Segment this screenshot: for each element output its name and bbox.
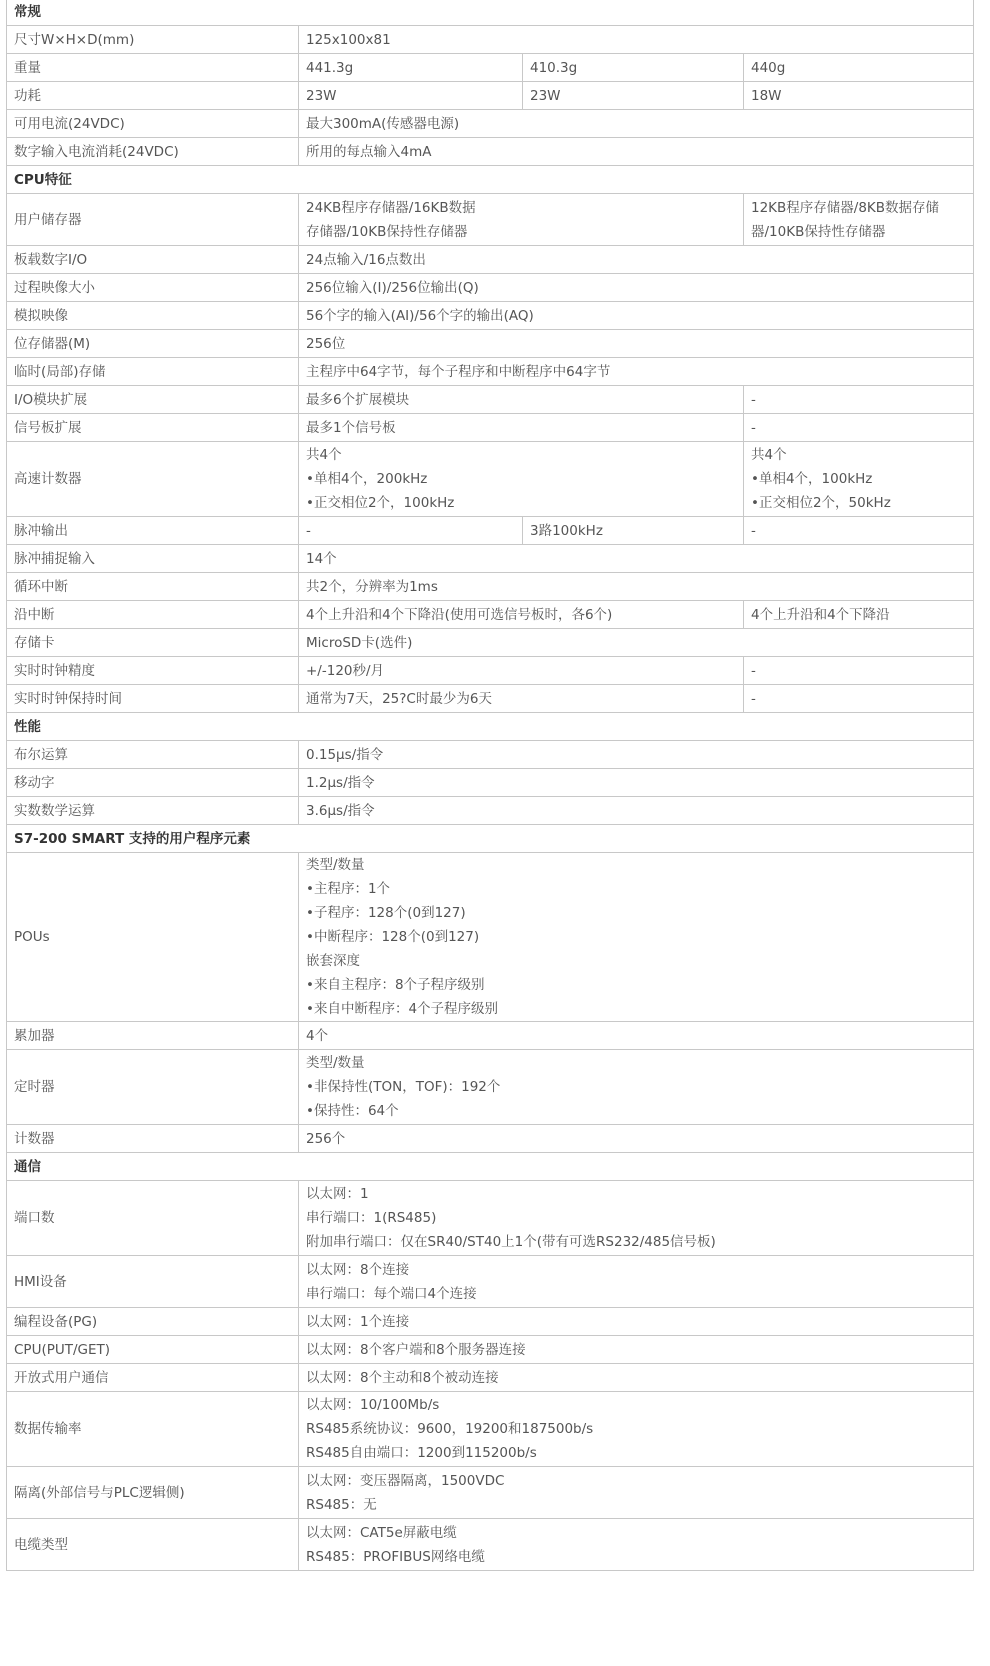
value-line: •正交相位2个，50kHz [751, 491, 973, 515]
row-label: 布尔运算 [7, 741, 299, 769]
value-line: - [751, 519, 973, 543]
row-value-cell: 4个上升沿和4个下降沿(使用可选信号板时，各6个) [299, 601, 744, 629]
value-line: - [751, 687, 973, 711]
value-line: 最多6个扩展模块 [306, 388, 743, 412]
table-row: 实时时钟保持时间通常为7天，25?C时最少为6天- [7, 685, 974, 713]
table-row: 移动字1.2μs/指令 [7, 769, 974, 797]
table-row: 开放式用户通信以太网：8个主动和8个被动连接 [7, 1364, 974, 1392]
value-line: 所用的每点输入4mA [306, 140, 973, 164]
row-value-cell: 441.3g [299, 54, 523, 82]
row-label: 编程设备(PG) [7, 1308, 299, 1336]
value-line: •中断程序：128个(0到127) [306, 925, 973, 949]
row-value-cell: MicroSD卡(选件) [299, 629, 974, 657]
row-label: 功耗 [7, 82, 299, 110]
table-row: 过程映像大小256位输入(I)/256位输出(Q) [7, 274, 974, 302]
table-row: 脉冲捕捉输入14个 [7, 545, 974, 573]
row-label: 沿中断 [7, 601, 299, 629]
table-row: 隔离(外部信号与PLC逻辑侧)以太网：变压器隔离，1500VDCRS485：无 [7, 1467, 974, 1519]
value-line: 以太网：CAT5e屏蔽电缆 [306, 1521, 973, 1545]
table-row: POUs类型/数量•主程序：1个•子程序：128个(0到127)•中断程序：12… [7, 853, 974, 1022]
row-label: 循环中断 [7, 573, 299, 601]
value-line: 以太网：变压器隔离，1500VDC [306, 1469, 973, 1493]
value-line: •来自主程序：8个子程序级别 [306, 973, 973, 997]
table-row: HMI设备以太网：8个连接串行端口：每个端口4个连接 [7, 1256, 974, 1308]
table-row: 尺寸W×H×D(mm)125x100x81 [7, 26, 974, 54]
section-header-row: S7-200 SMART 支持的用户程序元素 [7, 825, 974, 853]
row-value-cell: 以太网：变压器隔离，1500VDCRS485：无 [299, 1467, 974, 1519]
row-label: 实时时钟保持时间 [7, 685, 299, 713]
row-label: 数字输入电流消耗(24VDC) [7, 138, 299, 166]
row-label: I/O模块扩展 [7, 386, 299, 414]
value-line: 256位 [306, 332, 973, 356]
value-line: 通常为7天，25?C时最少为6天 [306, 687, 743, 711]
value-line: •非保持性(TON，TOF)：192个 [306, 1075, 973, 1099]
table-row: 存储卡MicroSD卡(选件) [7, 629, 974, 657]
row-label: POUs [7, 853, 299, 1022]
value-line: 256位输入(I)/256位输出(Q) [306, 276, 973, 300]
row-value-cell: 主程序中64字节，每个子程序和中断程序中64字节 [299, 358, 974, 386]
value-line: 256个 [306, 1127, 973, 1151]
value-line: 24点输入/16点数出 [306, 248, 973, 272]
value-line: 4个上升沿和4个下降沿(使用可选信号板时，各6个) [306, 603, 743, 627]
value-line: •主程序：1个 [306, 877, 973, 901]
row-value-cell: 4个上升沿和4个下降沿 [744, 601, 974, 629]
row-value-cell: 3路100kHz [523, 517, 744, 545]
table-row: 用户储存器24KB程序存储器/16KB数据存储器/10KB保持性存储器12KB程… [7, 194, 974, 246]
value-line: 嵌套深度 [306, 949, 973, 973]
row-value-cell: 3.6μs/指令 [299, 797, 974, 825]
spec-table: 常规尺寸W×H×D(mm)125x100x81重量441.3g410.3g440… [6, 0, 974, 1571]
row-label: 可用电流(24VDC) [7, 110, 299, 138]
value-line: 18W [751, 84, 973, 108]
row-value-cell: 56个字的输入(AI)/56个字的输出(AQ) [299, 302, 974, 330]
row-value-cell: 256个 [299, 1125, 974, 1153]
row-value-cell: 共4个•单相4个，100kHz•正交相位2个，50kHz [744, 442, 974, 517]
table-row: 计数器256个 [7, 1125, 974, 1153]
row-value-cell: 以太网：8个主动和8个被动连接 [299, 1364, 974, 1392]
row-value-cell: +/-120秒/月 [299, 657, 744, 685]
row-value-cell: 23W [523, 82, 744, 110]
row-label: 模拟映像 [7, 302, 299, 330]
row-value-cell: 410.3g [523, 54, 744, 82]
table-row: 临时(局部)存储主程序中64字节，每个子程序和中断程序中64字节 [7, 358, 974, 386]
value-line: - [751, 659, 973, 683]
row-value-cell: 12KB程序存储器/8KB数据存储器/10KB保持性存储器 [744, 194, 974, 246]
value-line: - [306, 519, 522, 543]
value-line: 串行端口：每个端口4个连接 [306, 1282, 973, 1306]
section-title: S7-200 SMART 支持的用户程序元素 [7, 825, 974, 853]
table-row: CPU(PUT/GET)以太网：8个客户端和8个服务器连接 [7, 1336, 974, 1364]
row-value-cell: 256位 [299, 330, 974, 358]
value-line: •正交相位2个，100kHz [306, 491, 743, 515]
value-line: - [751, 388, 973, 412]
row-value-cell: - [744, 657, 974, 685]
row-value-cell: 类型/数量•非保持性(TON，TOF)：192个•保持性：64个 [299, 1050, 974, 1125]
value-line: 3路100kHz [530, 519, 743, 543]
value-line: RS485系统协议：9600，19200和187500b/s [306, 1417, 973, 1441]
table-row: 沿中断4个上升沿和4个下降沿(使用可选信号板时，各6个)4个上升沿和4个下降沿 [7, 601, 974, 629]
value-line: 主程序中64字节，每个子程序和中断程序中64字节 [306, 360, 973, 384]
value-line: 最大300mA(传感器电源) [306, 112, 973, 136]
row-value-cell: 以太网：CAT5e屏蔽电缆RS485：PROFIBUS网络电缆 [299, 1519, 974, 1571]
value-line: 共4个 [306, 443, 743, 467]
value-line: 24KB程序存储器/16KB数据 [306, 196, 743, 220]
value-line: 以太网：8个主动和8个被动连接 [306, 1366, 973, 1390]
value-line: 类型/数量 [306, 1051, 973, 1075]
value-line: 以太网：10/100Mb/s [306, 1393, 973, 1417]
section-title: 常规 [7, 0, 974, 26]
row-value-cell: - [744, 414, 974, 442]
section-header-row: 通信 [7, 1153, 974, 1181]
table-row: 端口数以太网：1串行端口：1(RS485)附加串行端口：仅在SR40/ST40上… [7, 1181, 974, 1256]
table-row: 板载数字I/O24点输入/16点数出 [7, 246, 974, 274]
row-label: 高速计数器 [7, 442, 299, 517]
row-value-cell: 以太网：1个连接 [299, 1308, 974, 1336]
row-value-cell: - [299, 517, 523, 545]
row-value-cell: 125x100x81 [299, 26, 974, 54]
row-value-cell: 18W [744, 82, 974, 110]
row-value-cell: 通常为7天，25?C时最少为6天 [299, 685, 744, 713]
row-value-cell: 23W [299, 82, 523, 110]
table-row: 数字输入电流消耗(24VDC)所用的每点输入4mA [7, 138, 974, 166]
value-line: 存储器/10KB保持性存储器 [306, 220, 743, 244]
table-row: 布尔运算0.15μs/指令 [7, 741, 974, 769]
value-line: 56个字的输入(AI)/56个字的输出(AQ) [306, 304, 973, 328]
table-row: 信号板扩展最多1个信号板- [7, 414, 974, 442]
value-line: 4个上升沿和4个下降沿 [751, 603, 973, 627]
row-label: 开放式用户通信 [7, 1364, 299, 1392]
row-label: HMI设备 [7, 1256, 299, 1308]
row-label: 移动字 [7, 769, 299, 797]
value-line: 14个 [306, 547, 973, 571]
value-line: 共4个 [751, 443, 973, 467]
value-line: 0.15μs/指令 [306, 743, 973, 767]
table-row: 实时时钟精度+/-120秒/月- [7, 657, 974, 685]
row-value-cell: - [744, 386, 974, 414]
row-value-cell: - [744, 517, 974, 545]
row-value-cell: 最多1个信号板 [299, 414, 744, 442]
row-value-cell: 以太网：10/100Mb/sRS485系统协议：9600，19200和18750… [299, 1392, 974, 1467]
row-value-cell: 以太网：1串行端口：1(RS485)附加串行端口：仅在SR40/ST40上1个(… [299, 1181, 974, 1256]
row-value-cell: 4个 [299, 1022, 974, 1050]
value-line: MicroSD卡(选件) [306, 631, 973, 655]
value-line: RS485自由端口：1200到115200b/s [306, 1441, 973, 1465]
value-line: 类型/数量 [306, 853, 973, 877]
table-row: 实数数学运算3.6μs/指令 [7, 797, 974, 825]
row-value-cell: 440g [744, 54, 974, 82]
row-label: 实时时钟精度 [7, 657, 299, 685]
row-label: 电缆类型 [7, 1519, 299, 1571]
row-value-cell: 24KB程序存储器/16KB数据存储器/10KB保持性存储器 [299, 194, 744, 246]
table-row: 编程设备(PG)以太网：1个连接 [7, 1308, 974, 1336]
table-row: 位存储器(M)256位 [7, 330, 974, 358]
value-line: 441.3g [306, 56, 522, 80]
table-row: I/O模块扩展最多6个扩展模块- [7, 386, 974, 414]
spec-table-body: 常规尺寸W×H×D(mm)125x100x81重量441.3g410.3g440… [7, 0, 974, 1571]
row-value-cell: 所用的每点输入4mA [299, 138, 974, 166]
value-line: 以太网：8个客户端和8个服务器连接 [306, 1338, 973, 1362]
table-row: 数据传输率以太网：10/100Mb/sRS485系统协议：9600，19200和… [7, 1392, 974, 1467]
value-line: 4个 [306, 1024, 973, 1048]
section-title: 通信 [7, 1153, 974, 1181]
section-header-row: 性能 [7, 713, 974, 741]
row-label: 重量 [7, 54, 299, 82]
row-label: 端口数 [7, 1181, 299, 1256]
value-line: 23W [530, 84, 743, 108]
row-value-cell: 类型/数量•主程序：1个•子程序：128个(0到127)•中断程序：128个(0… [299, 853, 974, 1022]
value-line: 串行端口：1(RS485) [306, 1206, 973, 1230]
row-value-cell: 最大300mA(传感器电源) [299, 110, 974, 138]
value-line: •保持性：64个 [306, 1099, 973, 1123]
value-line: 以太网：1 [306, 1182, 973, 1206]
row-value-cell: 以太网：8个连接串行端口：每个端口4个连接 [299, 1256, 974, 1308]
value-line: •子程序：128个(0到127) [306, 901, 973, 925]
value-line: +/-120秒/月 [306, 659, 743, 683]
value-line: •来自中断程序：4个子程序级别 [306, 997, 973, 1021]
section-header-row: 常规 [7, 0, 974, 26]
row-value-cell: 以太网：8个客户端和8个服务器连接 [299, 1336, 974, 1364]
value-line: 410.3g [530, 56, 743, 80]
row-value-cell: 共2个，分辨率为1ms [299, 573, 974, 601]
row-value-cell: - [744, 685, 974, 713]
table-row: 高速计数器共4个•单相4个，200kHz•正交相位2个，100kHz共4个•单相… [7, 442, 974, 517]
row-label: 板载数字I/O [7, 246, 299, 274]
row-label: CPU(PUT/GET) [7, 1336, 299, 1364]
value-line: 1.2μs/指令 [306, 771, 973, 795]
section-title: 性能 [7, 713, 974, 741]
row-label: 脉冲输出 [7, 517, 299, 545]
section-header-row: CPU特征 [7, 166, 974, 194]
row-label: 存储卡 [7, 629, 299, 657]
value-line: 12KB程序存储器/8KB数据存储 [751, 196, 973, 220]
row-label: 信号板扩展 [7, 414, 299, 442]
row-label: 过程映像大小 [7, 274, 299, 302]
table-row: 可用电流(24VDC)最大300mA(传感器电源) [7, 110, 974, 138]
row-label: 定时器 [7, 1050, 299, 1125]
table-row: 模拟映像56个字的输入(AI)/56个字的输出(AQ) [7, 302, 974, 330]
row-value-cell: 1.2μs/指令 [299, 769, 974, 797]
section-title: CPU特征 [7, 166, 974, 194]
value-line: RS485：无 [306, 1493, 973, 1517]
table-row: 功耗23W23W18W [7, 82, 974, 110]
value-line: 附加串行端口：仅在SR40/ST40上1个(带有可选RS232/485信号板) [306, 1230, 973, 1254]
value-line: 440g [751, 56, 973, 80]
value-line: 最多1个信号板 [306, 416, 743, 440]
row-value-cell: 24点输入/16点数出 [299, 246, 974, 274]
table-row: 定时器类型/数量•非保持性(TON，TOF)：192个•保持性：64个 [7, 1050, 974, 1125]
table-row: 脉冲输出-3路100kHz- [7, 517, 974, 545]
row-label: 数据传输率 [7, 1392, 299, 1467]
row-value-cell: 共4个•单相4个，200kHz•正交相位2个，100kHz [299, 442, 744, 517]
row-value-cell: 0.15μs/指令 [299, 741, 974, 769]
row-label: 累加器 [7, 1022, 299, 1050]
value-line: 器/10KB保持性存储器 [751, 220, 973, 244]
value-line: 以太网：1个连接 [306, 1310, 973, 1334]
value-line: 以太网：8个连接 [306, 1258, 973, 1282]
table-row: 电缆类型以太网：CAT5e屏蔽电缆RS485：PROFIBUS网络电缆 [7, 1519, 974, 1571]
value-line: 3.6μs/指令 [306, 799, 973, 823]
row-label: 脉冲捕捉输入 [7, 545, 299, 573]
row-value-cell: 最多6个扩展模块 [299, 386, 744, 414]
table-row: 重量441.3g410.3g440g [7, 54, 974, 82]
value-line: •单相4个，100kHz [751, 467, 973, 491]
value-line: RS485：PROFIBUS网络电缆 [306, 1545, 973, 1569]
row-label: 隔离(外部信号与PLC逻辑侧) [7, 1467, 299, 1519]
row-label: 尺寸W×H×D(mm) [7, 26, 299, 54]
row-label: 实数数学运算 [7, 797, 299, 825]
value-line: 共2个，分辨率为1ms [306, 575, 973, 599]
value-line: 125x100x81 [306, 28, 973, 52]
row-label: 计数器 [7, 1125, 299, 1153]
row-label: 用户储存器 [7, 194, 299, 246]
table-row: 循环中断共2个，分辨率为1ms [7, 573, 974, 601]
row-value-cell: 14个 [299, 545, 974, 573]
value-line: 23W [306, 84, 522, 108]
value-line: •单相4个，200kHz [306, 467, 743, 491]
row-label: 临时(局部)存储 [7, 358, 299, 386]
table-row: 累加器4个 [7, 1022, 974, 1050]
row-label: 位存储器(M) [7, 330, 299, 358]
value-line: - [751, 416, 973, 440]
row-value-cell: 256位输入(I)/256位输出(Q) [299, 274, 974, 302]
